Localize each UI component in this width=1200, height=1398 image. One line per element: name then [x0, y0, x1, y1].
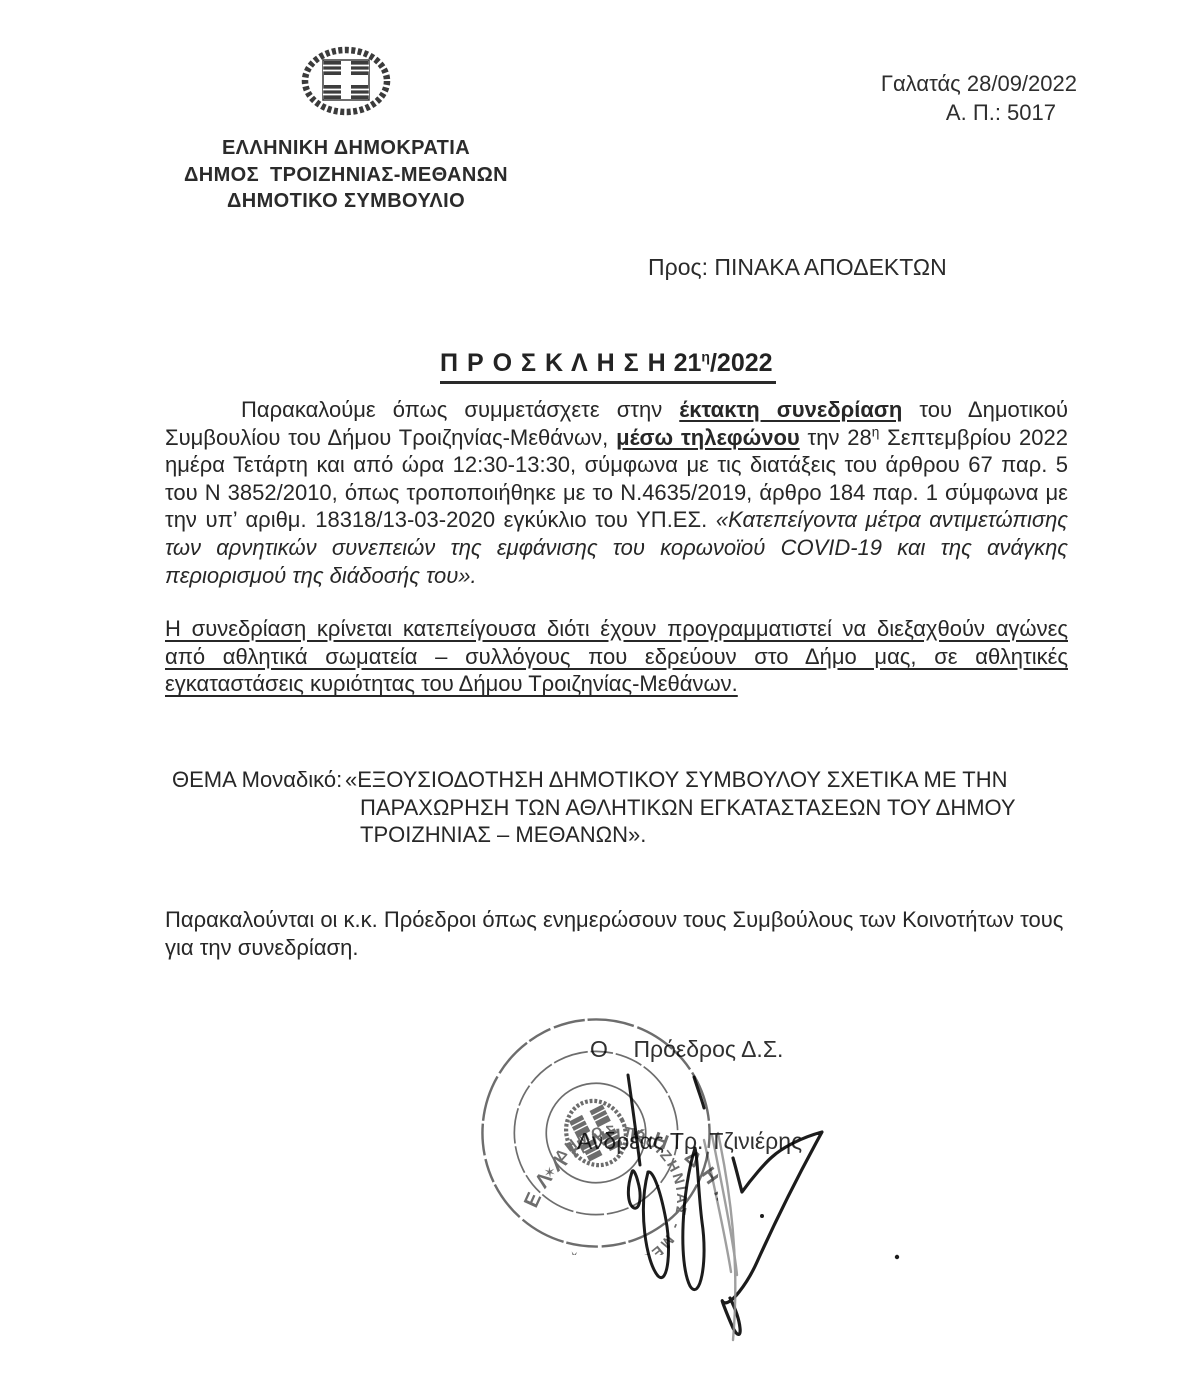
document-page: ΕΛΛΗΝΙΚΗ ΔΗΜΟΚΡΑΤΙΑ ΔΗΜΟΣ ΤΡΟΙΖΗΝΙΑΣ-ΜΕΘ…: [0, 0, 1200, 1398]
title-number: 21: [667, 349, 702, 377]
theme-label: ΘΕΜΑ Μοναδικό:: [172, 766, 345, 849]
theme-text: «ΕΞΟΥΣΙΟΔΟΤΗΣΗ ΔΗΜΟΤΙΚΟΥ ΣΥΜΒΟΥΛΟΥ ΣΧΕΤΙ…: [345, 766, 1016, 849]
paragraph-invitation: Παρακαλούμε όπως συμμετάσχετε στην έκτακ…: [165, 396, 1068, 589]
letterhead-municipality: ΔΗΜΟΣ ΤΡΟΙΖΗΝΙΑΣ-ΜΕΘΑΝΩΝ: [168, 162, 524, 189]
protocol-number: Α. Π.: 5017: [881, 99, 1077, 128]
recipient-value: ΠΙΝΑΚΑ ΑΠΟΔΕΚΤΩΝ: [714, 254, 946, 280]
theme-line: ΤΡΟΙΖΗΝΙΑΣ – ΜΕΘΑΝΩΝ».: [345, 821, 1016, 849]
p1-emphasis-via-phone: μέσω τηλεφώνου: [616, 425, 800, 450]
theme-line: ΠΑΡΑΧΩΡΗΣΗ ΤΩΝ ΑΘΛΗΤΙΚΩΝ ΕΓΚΑΤΑΣΤΑΣΕΩΝ Τ…: [345, 794, 1016, 822]
theme-block: ΘΕΜΑ Μοναδικό: «ΕΞΟΥΣΙΟΔΟΤΗΣΗ ΔΗΜΟΤΙΚΟΥ …: [172, 766, 1016, 849]
title-ordinal: η: [701, 349, 710, 365]
p1-text: την 28: [800, 425, 872, 450]
recipient-label: Προς:: [648, 254, 708, 280]
document-title: Π Ρ Ο Σ Κ Λ Η Σ Η 21η/2022: [440, 349, 776, 384]
title-year: /2022: [710, 349, 773, 377]
p1-text: Παρακαλούμε όπως συμμετάσχετε στην: [241, 397, 679, 422]
place-and-date: Γαλατάς 28/09/2022: [881, 70, 1077, 99]
p1-emphasis-extraordinary-session: έκτακτη συνεδρίαση: [679, 397, 902, 422]
reference-block: Γαλατάς 28/09/2022 Α. Π.: 5017: [881, 70, 1077, 127]
handwritten-signature: [540, 1040, 970, 1370]
letterhead: ΕΛΛΗΝΙΚΗ ΔΗΜΟΚΡΑΤΙΑ ΔΗΜΟΣ ΤΡΟΙΖΗΝΙΑΣ-ΜΕΘ…: [168, 44, 524, 215]
letterhead-council: ΔΗΜΟΤΙΚΟ ΣΥΜΒΟΥΛΙΟ: [168, 188, 524, 215]
paragraph-urgency: Η συνεδρίαση κρίνεται κατεπείγουσα διότι…: [165, 615, 1068, 698]
theme-line: «ΕΞΟΥΣΙΟΔΟΤΗΣΗ ΔΗΜΟΤΙΚΟΥ ΣΥΜΒΟΥΛΟΥ ΣΧΕΤΙ…: [345, 766, 1016, 794]
title-word: Π Ρ Ο Σ Κ Λ Η Σ Η: [440, 349, 667, 377]
greek-coat-of-arms-icon: [300, 44, 392, 121]
letterhead-republic: ΕΛΛΗΝΙΚΗ ΔΗΜΟΚΡΑΤΙΑ: [168, 135, 524, 162]
paragraph-notify-presidents: Παρακαλούνται οι κ.κ. Πρόεδροι όπως ενημ…: [165, 906, 1068, 962]
recipient-line: Προς: ΠΙΝΑΚΑ ΑΠΟΔΕΚΤΩΝ: [648, 254, 947, 281]
